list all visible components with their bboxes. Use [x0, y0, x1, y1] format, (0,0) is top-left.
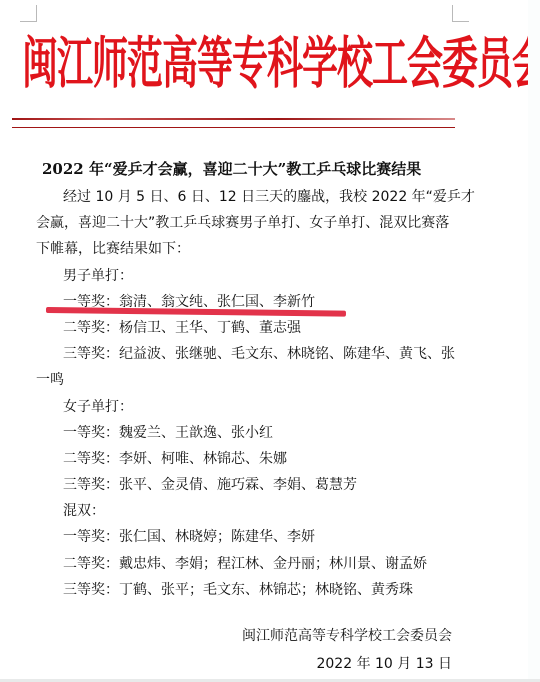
intro-line: 下帷幕，比赛结果如下：: [36, 236, 450, 262]
prize-label: 二等奖：: [63, 556, 119, 572]
prize-names: 张平、金灵倩、施巧霖、李娟、葛慧芳: [119, 477, 357, 493]
prize-names: 李妍、柯唯、林锦芯、朱娜: [119, 451, 287, 467]
document-page: 闽江师范高等专科学校工会委员会 2022 年“爱乒才会赢，喜迎二十大”教工乒乓球…: [0, 0, 540, 679]
prize-row: 三等奖：张平、金灵倩、施巧霖、李娟、葛慧芳: [36, 472, 450, 498]
section-heading-mixed-doubles: 混双：: [36, 498, 450, 524]
document-body: 经过 10 月 5 日、6 日、12 日三天的鏖战，我校 2022 年“爱乒才 …: [36, 184, 450, 603]
prize-row: 一等奖：张仁国、林晓婷；陈建华、李妍: [36, 524, 450, 550]
signature-date: 2022 年 10 月 13 日: [242, 650, 452, 678]
prize-row: 三等奖：纪益波、张继驰、毛文东、林晓铭、陈建华、黄飞、张: [36, 341, 450, 367]
letterhead-rule-thin: [12, 127, 455, 128]
prize-row: 三等奖：丁鹤、张平；毛文东、林锦芯；林晓铭、黄秀珠: [36, 577, 450, 603]
signature-org: 闽江师范高等专科学校工会委员会: [242, 622, 452, 650]
prize-names: 纪益波、张继驰、毛文东、林晓铭、陈建华、黄飞、张: [119, 346, 455, 362]
prize-names: 张仁国、林晓婷；陈建华、李妍: [119, 529, 315, 545]
page-margin-shade: [528, 0, 540, 679]
signature-block: 闽江师范高等专科学校工会委员会 2022 年 10 月 13 日: [242, 622, 452, 678]
prize-label: 三等奖：: [63, 582, 119, 598]
letterhead-rule-thick: [12, 118, 455, 120]
prize-row: 二等奖：戴忠炜、李娟；程江林、金丹丽；林川景、谢孟娇: [36, 551, 450, 577]
prize-label: 二等奖：: [63, 320, 119, 336]
prize-label: 三等奖：: [63, 346, 119, 362]
prize-label: 三等奖：: [63, 477, 119, 493]
prize-row: 二等奖：杨信卫、王华、丁鹤、董志强: [36, 315, 450, 341]
prize-names: 杨信卫、王华、丁鹤、董志强: [119, 320, 301, 336]
intro-line: 经过 10 月 5 日、6 日、12 日三天的鏖战，我校 2022 年“爱乒才: [36, 184, 450, 210]
letterhead-title: 闽江师范高等专科学校工会委员会: [22, 8, 442, 120]
margin-corner-mark-top-right: [452, 5, 469, 22]
prize-row: 一等奖：魏爱兰、王歆逸、张小红: [36, 420, 450, 446]
intro-line: 会赢，喜迎二十大”教工乒乓球赛男子单打、女子单打、混双比赛落: [36, 210, 450, 236]
prize-label: 一等奖：: [63, 529, 119, 545]
section-heading-mens-singles: 男子单打：: [36, 263, 450, 289]
prize-label: 二等奖：: [63, 451, 119, 467]
prize-names: 丁鹤、张平；毛文东、林锦芯；林晓铭、黄秀珠: [119, 582, 413, 598]
prize-row: 二等奖：李妍、柯唯、林锦芯、朱娜: [36, 446, 450, 472]
section-heading-womens-singles: 女子单打：: [36, 394, 450, 420]
prize-label: 一等奖：: [63, 425, 119, 441]
document-title: 2022 年“爱乒才会赢，喜迎二十大”教工乒乓球比赛结果: [42, 157, 452, 181]
prize-row-wrap: 一鸣: [36, 367, 450, 393]
prize-names: 魏爱兰、王歆逸、张小红: [119, 425, 273, 441]
prize-names: 戴忠炜、李娟；程江林、金丹丽；林川景、谢孟娇: [119, 556, 427, 572]
